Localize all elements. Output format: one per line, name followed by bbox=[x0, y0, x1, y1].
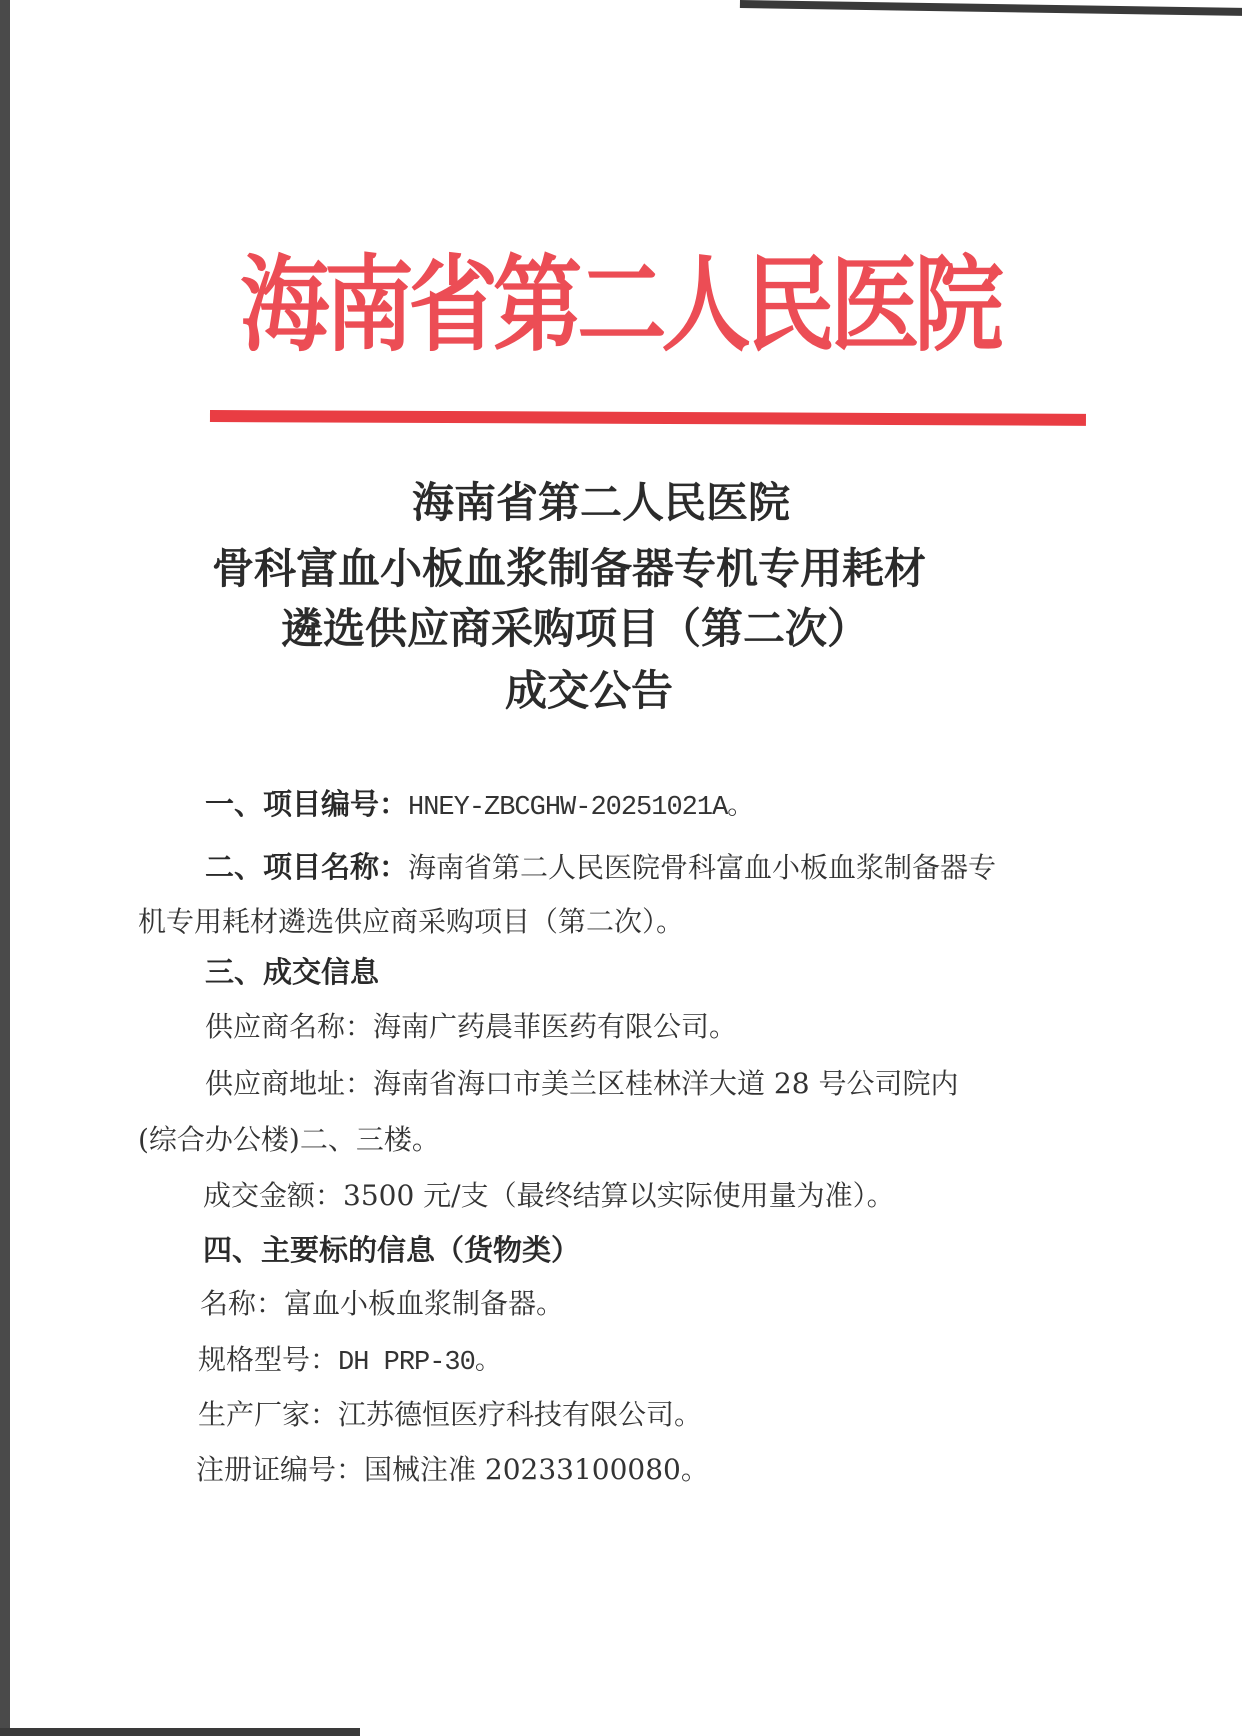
scan-edge-bottom bbox=[0, 1728, 360, 1736]
supplier-address-row: 供应商地址：海南省海口市美兰区桂林洋大道 28 号公司院内 bbox=[205, 1062, 958, 1102]
scan-edge-top bbox=[740, 0, 1242, 16]
registration-label: 注册证编号： bbox=[196, 1453, 364, 1486]
doc-title-line1: 海南省第二人民医院 bbox=[0, 470, 1222, 530]
supplier-name-row: 供应商名称：海南广药晨菲医药有限公司。 bbox=[205, 1005, 737, 1045]
supplier-name-value: 海南广药晨菲医药有限公司。 bbox=[373, 1010, 737, 1043]
subject-name-row: 名称：富血小板血浆制备器。 bbox=[200, 1282, 564, 1322]
deal-amount-value: 3500 元/支（最终结算以实际使用量为准）。 bbox=[343, 1179, 895, 1212]
supplier-address-value-line1: 海南省海口市美兰区桂林洋大道 28 号公司院内 bbox=[373, 1067, 958, 1100]
subject-info-heading: 四、主要标的信息（货物类） bbox=[203, 1228, 580, 1269]
deal-amount-row: 成交金额：3500 元/支（最终结算以实际使用量为准）。 bbox=[203, 1174, 895, 1214]
supplier-name-label: 供应商名称： bbox=[205, 1010, 373, 1043]
model-row: 规格型号：DH PRP-30。 bbox=[198, 1338, 501, 1378]
project-name-label: 二、项目名称： bbox=[205, 850, 408, 884]
project-number-label: 一、项目编号： bbox=[205, 787, 408, 821]
subject-name-value: 富血小板血浆制备器。 bbox=[284, 1287, 564, 1320]
registration-row: 注册证编号：国械注准 20233100080。 bbox=[196, 1448, 709, 1488]
letterhead-red-rule bbox=[210, 410, 1086, 426]
doc-title-line3: 遴选供应商采购项目（第二次） bbox=[0, 596, 1196, 656]
manufacturer-value: 江苏德恒医疗科技有限公司。 bbox=[338, 1398, 702, 1431]
project-number-value: HNEY-ZBCGHW-20251021A。 bbox=[408, 793, 753, 823]
project-name-value-line1: 海南省第二人民医院骨科富血小板血浆制备器专 bbox=[408, 851, 996, 884]
letterhead-org-name: 海南省第二人民医院 bbox=[240, 240, 945, 370]
supplier-address-value-line2: (综合办公楼)二、三楼。 bbox=[138, 1118, 440, 1158]
registration-value: 国械注准 20233100080。 bbox=[364, 1453, 709, 1486]
subject-name-label: 名称： bbox=[200, 1287, 284, 1320]
doc-title-line2: 骨科富血小板血浆制备器专机专用耗材 bbox=[0, 536, 1190, 596]
deal-info-heading: 三、成交信息 bbox=[205, 950, 379, 991]
doc-title-line4: 成交公告 bbox=[0, 658, 1210, 718]
project-number-row: 一、项目编号：HNEY-ZBCGHW-20251021A。 bbox=[205, 782, 753, 823]
manufacturer-row: 生产厂家：江苏德恒医疗科技有限公司。 bbox=[198, 1393, 702, 1433]
scan-edge-left bbox=[0, 0, 10, 1736]
model-value: DH PRP-30。 bbox=[338, 1348, 501, 1378]
project-name-value-line2: 机专用耗材遴选供应商采购项目（第二次）。 bbox=[138, 900, 684, 940]
model-label: 规格型号： bbox=[198, 1343, 338, 1376]
manufacturer-label: 生产厂家： bbox=[198, 1398, 338, 1431]
deal-amount-label: 成交金额： bbox=[203, 1179, 343, 1212]
supplier-address-label: 供应商地址： bbox=[205, 1067, 373, 1100]
project-name-row: 二、项目名称：海南省第二人民医院骨科富血小板血浆制备器专 bbox=[205, 845, 996, 886]
